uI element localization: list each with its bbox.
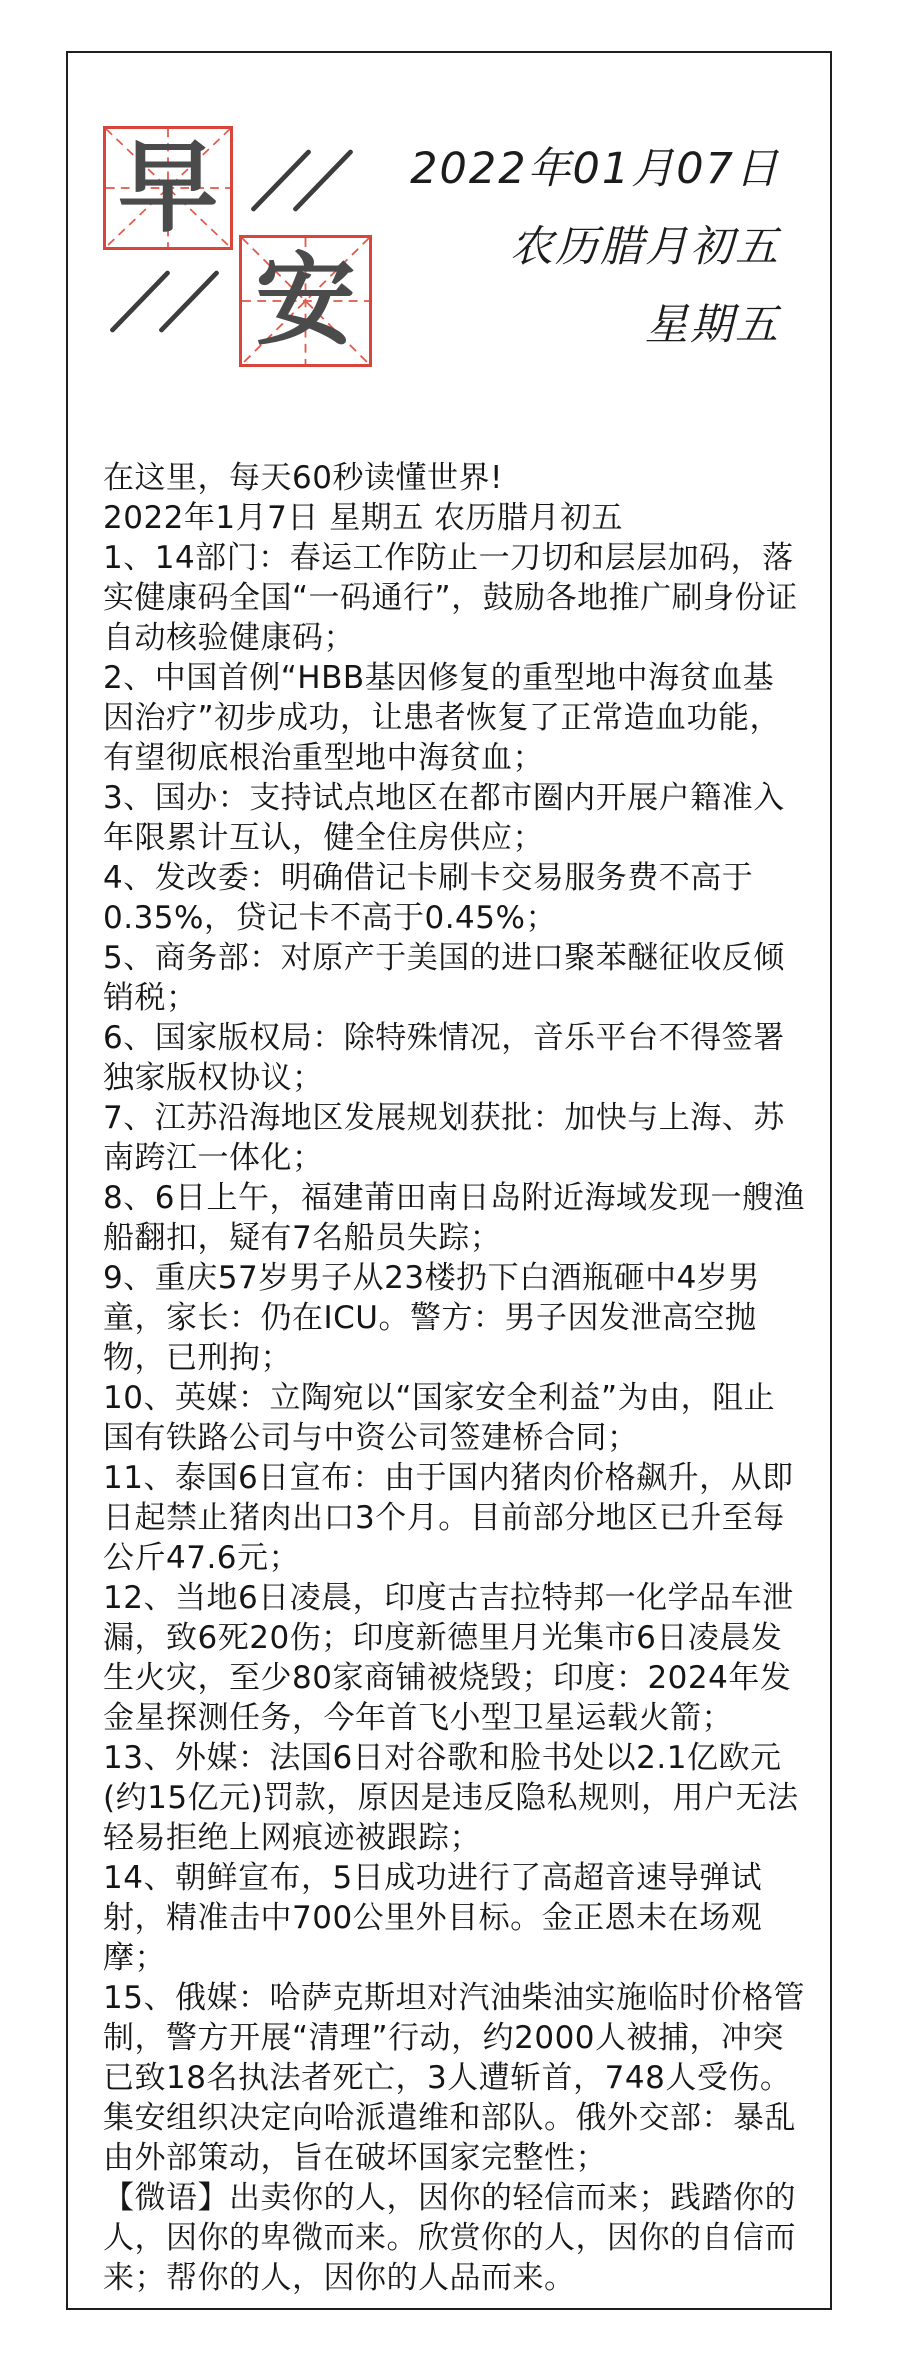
logo-char-an: 安 (256, 251, 356, 351)
date-lunar: 农历腊月初五 (410, 208, 780, 286)
news-item-15: 15、俄媒：哈萨克斯坦对汽油柴油实施临时价格管制，警方开展“清理”行动，约200… (103, 1978, 805, 2178)
news-item-4: 4、发改委：明确借记卡刷卡交易服务费不高于0.35%，贷记卡不高于0.45%； (103, 858, 805, 938)
logo-char-zao: 早 (118, 138, 218, 238)
calligraphy-grid-an: 安 (239, 235, 372, 367)
intro-line: 在这里，每天60秒读懂世界! (103, 458, 805, 498)
news-item-5: 5、商务部：对原产于美国的进口聚苯醚征收反倾销税； (103, 938, 805, 1018)
news-item-2: 2、中国首例“HBB基因修复的重型地中海贫血基因治疗”初步成功，让患者恢复了正常… (103, 658, 805, 778)
date-weekday: 星期五 (410, 286, 780, 364)
news-item-6: 6、国家版权局：除特殊情况，音乐平台不得签署独家版权协议； (103, 1018, 805, 1098)
calligraphy-grid-zao: 早 (103, 126, 233, 250)
news-item-3: 3、国办：支持试点地区在都市圈内开展户籍准入年限累计互认，健全住房供应； (103, 778, 805, 858)
news-item-10: 10、英媒：立陶宛以“国家安全利益”为由，阻止国有铁路公司与中资公司签建桥合同； (103, 1378, 805, 1458)
date-gregorian: 2022年01月07日 (410, 130, 780, 208)
news-body: 在这里，每天60秒读懂世界! 2022年1月7日 星期五 农历腊月初五 1、14… (103, 458, 805, 2298)
news-item-1: 1、14部门：春运工作防止一刀切和层层加码，落实健康码全国“一码通行”，鼓励各地… (103, 538, 805, 658)
date-block: 2022年01月07日 农历腊月初五 星期五 (410, 130, 780, 364)
news-item-12: 12、当地6日凌晨，印度古吉拉特邦一化学品车泄漏，致6死20伤；印度新德里月光集… (103, 1578, 805, 1738)
morning-news-card: 早 安 2022年01月07日 农历腊月初五 星期五 在这里，每天60秒读懂世界… (0, 0, 900, 2360)
weiyu-quote: 【微语】出卖你的人，因你的轻信而来；践踏你的人，因你的卑微而来。欣赏你的人，因你… (103, 2178, 805, 2298)
news-item-14: 14、朝鲜宣布，5日成功进行了高超音速导弹试射，精准击中700公里外目标。金正恩… (103, 1858, 805, 1978)
news-item-7: 7、江苏沿海地区发展规划获批：加快与上海、苏南跨江一体化； (103, 1098, 805, 1178)
news-item-9: 9、重庆57岁男子从23楼扔下白酒瓶砸中4岁男童，家长：仍在ICU。警方：男子因… (103, 1258, 805, 1378)
news-item-11: 11、泰国6日宣布：由于国内猪肉价格飙升，从即日起禁止猪肉出口3个月。目前部分地… (103, 1458, 805, 1578)
news-item-13: 13、外媒：法国6日对谷歌和脸书处以2.1亿欧元(约15亿元)罚款，原因是违反隐… (103, 1738, 805, 1858)
body-date-line: 2022年1月7日 星期五 农历腊月初五 (103, 498, 805, 538)
news-item-8: 8、6日上午，福建莆田南日岛附近海域发现一艘渔船翻扣，疑有7名船员失踪； (103, 1178, 805, 1258)
